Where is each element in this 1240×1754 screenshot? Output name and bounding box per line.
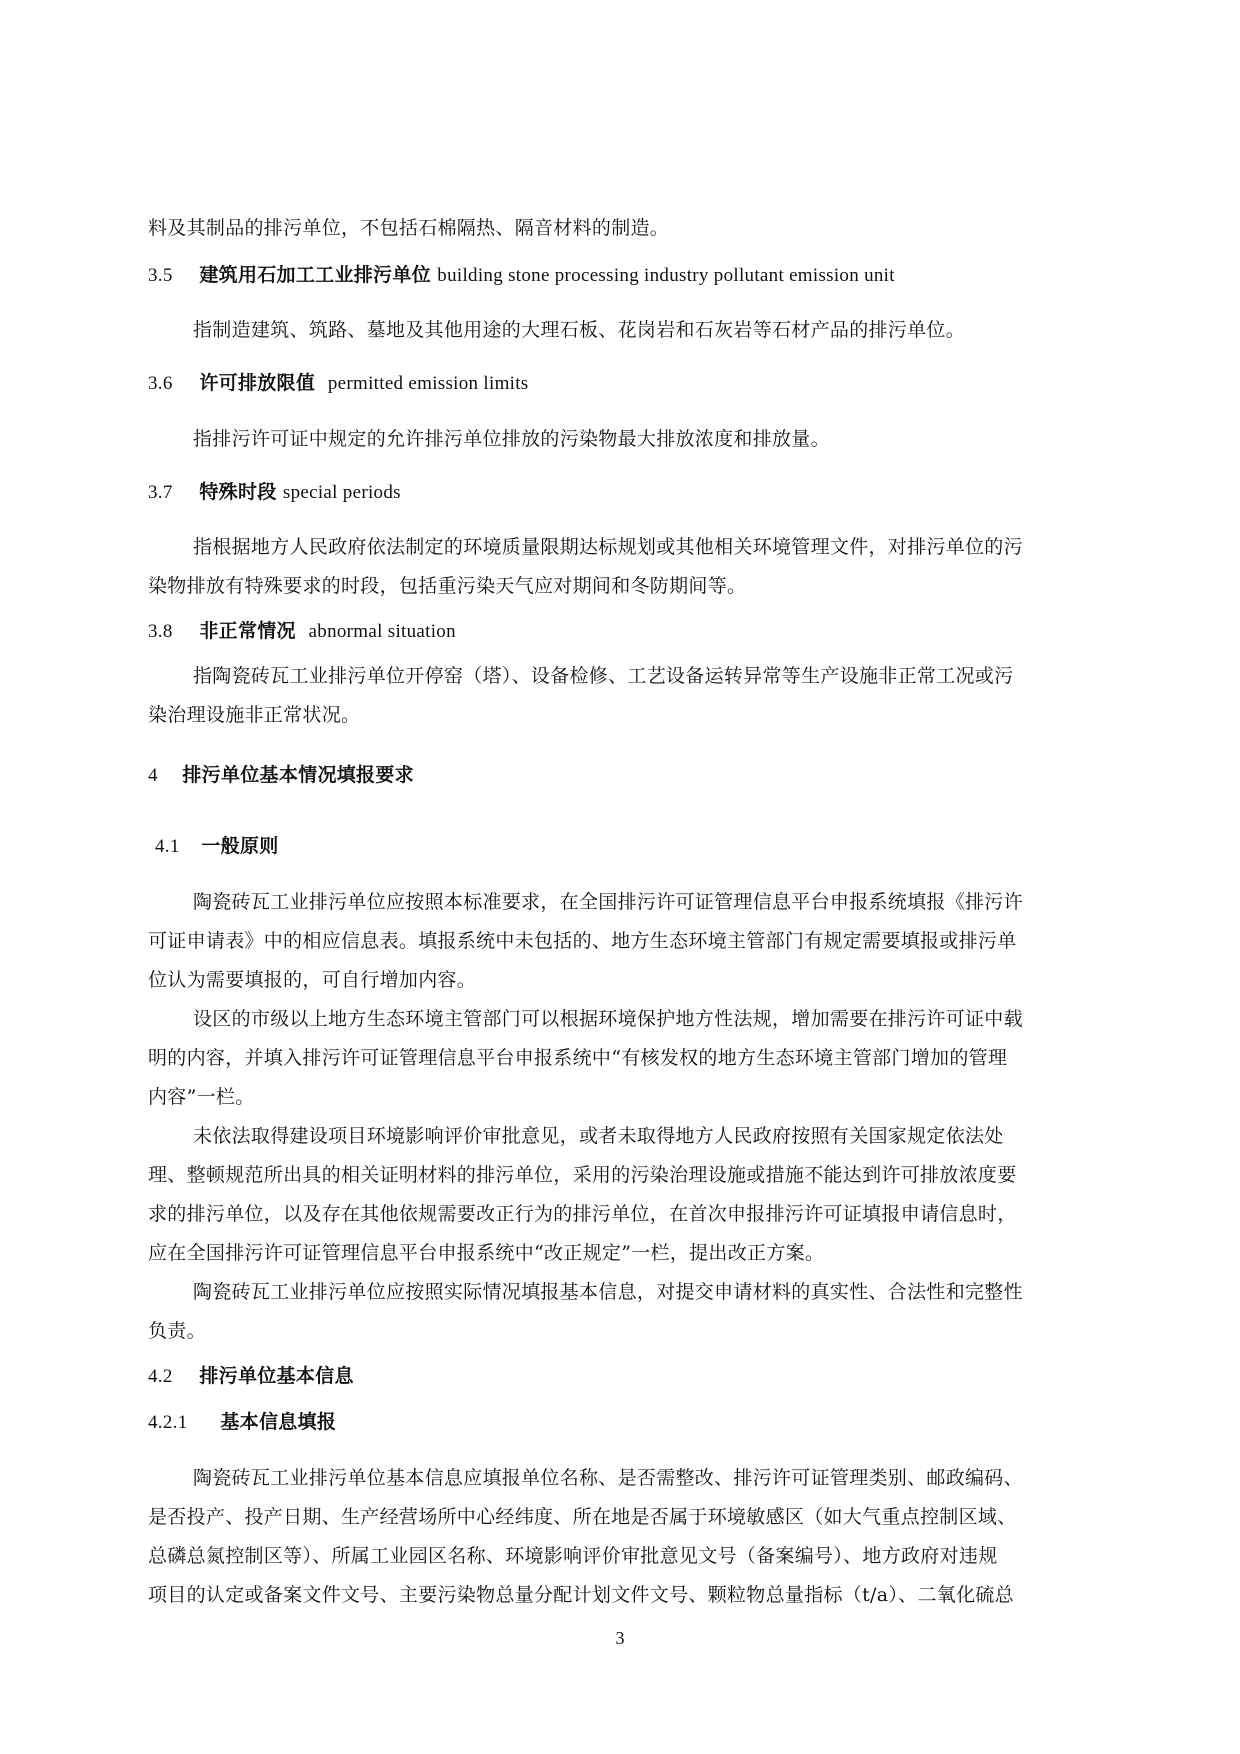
paragraph-line: 可证申请表》中的相应信息表。填报系统中未包括的、地方生态环境主管部门有规定需要填… — [148, 929, 1120, 953]
paragraph-line: 明的内容，并填入排污许可证管理信息平台申报系统中“有核发权的地方生态环境主管部门… — [148, 1046, 1120, 1070]
heading-3-7: 3.7 特殊时段 special periods — [148, 480, 1120, 505]
heading-title: 基本信息填报 — [220, 1411, 336, 1433]
heading-title: 许可排放限值 — [199, 372, 315, 394]
heading-4-1: 4.1 一般原则 — [155, 834, 1127, 859]
heading-number: 3.6 — [148, 372, 193, 396]
heading-4-2-1: 4.2.1 基本信息填报 — [148, 1410, 1120, 1435]
paragraph-line: 应在全国排污许可证管理信息平台申报系统中“改正规定”一栏，提出改正方案。 — [148, 1241, 1120, 1265]
heading-title: 非正常情况 — [199, 620, 296, 642]
paragraph-line: 指制造建筑、筑路、墓地及其他用途的大理石板、花岗岩和石灰岩等石材产品的排污单位。 — [193, 318, 1165, 342]
heading-english: special periods — [283, 482, 401, 503]
paragraph-line: 陶瓷砖瓦工业排污单位基本信息应填报单位名称、是否需整改、排污许可证管理类别、邮政… — [193, 1466, 1165, 1490]
heading-4-2: 4.2 排污单位基本信息 — [148, 1364, 1120, 1389]
heading-number: 4 — [148, 764, 176, 788]
heading-3-5: 3.5 建筑用石加工工业排污单位 building stone processi… — [148, 263, 1120, 288]
heading-number: 3.8 — [148, 620, 193, 644]
heading-english: building stone processing industry pollu… — [437, 265, 895, 286]
heading-number: 3.7 — [148, 481, 193, 505]
paragraph-line: 染治理设施非正常状况。 — [148, 703, 1120, 727]
paragraph-line: 是否投产、投产日期、生产经营场所中心经纬度、所在地是否属于环境敏感区（如大气重点… — [148, 1505, 1120, 1529]
heading-title: 排污单位基本信息 — [199, 1365, 353, 1387]
paragraph-line: 理、整顿规范所出具的相关证明材料的排污单位，采用的污染治理设施或措施不能达到许可… — [148, 1163, 1120, 1187]
paragraph-line: 总磷总氮控制区等）、所属工业园区名称、环境影响评价审批意见文号（备案编号）、地方… — [148, 1544, 1120, 1568]
heading-number: 4.1 — [155, 835, 195, 859]
heading-english: abnormal situation — [309, 621, 456, 642]
paragraph-line: 设区的市级以上地方生态环境主管部门可以根据环境保护地方性法规，增加需要在排污许可… — [193, 1007, 1165, 1031]
heading-number: 4.2.1 — [148, 1411, 214, 1435]
heading-title: 特殊时段 — [199, 481, 276, 503]
heading-number: 4.2 — [148, 1365, 193, 1389]
heading-4: 4 排污单位基本情况填报要求 — [148, 763, 1120, 788]
paragraph-line: 指陶瓷砖瓦工业排污单位开停窑（塔）、设备检修、工艺设备运转异常等生产设施非正常工… — [193, 664, 1165, 688]
document-page: 料及其制品的排污单位，不包括石棉隔热、隔音材料的制造。 3.5 建筑用石加工工业… — [0, 0, 1240, 1754]
paragraph-line: 未依法取得建设项目环境影响评价审批意见，或者未取得地方人民政府按照有关国家规定依… — [193, 1124, 1165, 1148]
paragraph-line: 指根据地方人民政府依法制定的环境质量限期达标规划或其他相关环境管理文件，对排污单… — [193, 535, 1120, 559]
paragraph-line: 位认为需要填报的，可自行增加内容。 — [148, 968, 1120, 992]
paragraph-line: 内容”一栏。 — [148, 1085, 1120, 1109]
paragraph-line: 陶瓷砖瓦工业排污单位应按照本标准要求，在全国排污许可证管理信息平台申报系统填报《… — [193, 890, 1165, 914]
paragraph-line: 负责。 — [148, 1319, 1120, 1343]
heading-3-6: 3.6 许可排放限值 permitted emission limits — [148, 371, 1120, 396]
heading-title: 排污单位基本情况填报要求 — [182, 764, 414, 786]
paragraph-line: 求的排污单位，以及存在其他依规需要改正行为的排污单位，在首次申报排污许可证填报申… — [148, 1202, 1120, 1226]
heading-number: 3.5 — [148, 264, 193, 288]
paragraph-line: 陶瓷砖瓦工业排污单位应按照实际情况填报基本信息，对提交申请材料的真实性、合法性和… — [193, 1280, 1165, 1304]
paragraph-line: 料及其制品的排污单位，不包括石棉隔热、隔音材料的制造。 — [148, 216, 1120, 240]
page-number: 3 — [0, 1628, 1240, 1649]
paragraph-line: 染物排放有特殊要求的时段，包括重污染天气应对期间和冬防期间等。 — [148, 574, 1120, 598]
heading-3-8: 3.8 非正常情况 abnormal situation — [148, 619, 1120, 644]
heading-title: 一般原则 — [201, 835, 278, 857]
paragraph-line: 指排污许可证中规定的允许排污单位排放的污染物最大排放浓度和排放量。 — [193, 427, 1165, 451]
paragraph-line: 项目的认定或备案文件文号、主要污染物总量分配计划文件文号、颗粒物总量指标（t/a… — [148, 1583, 1120, 1607]
heading-english: permitted emission limits — [328, 373, 529, 394]
heading-title: 建筑用石加工工业排污单位 — [199, 264, 431, 286]
